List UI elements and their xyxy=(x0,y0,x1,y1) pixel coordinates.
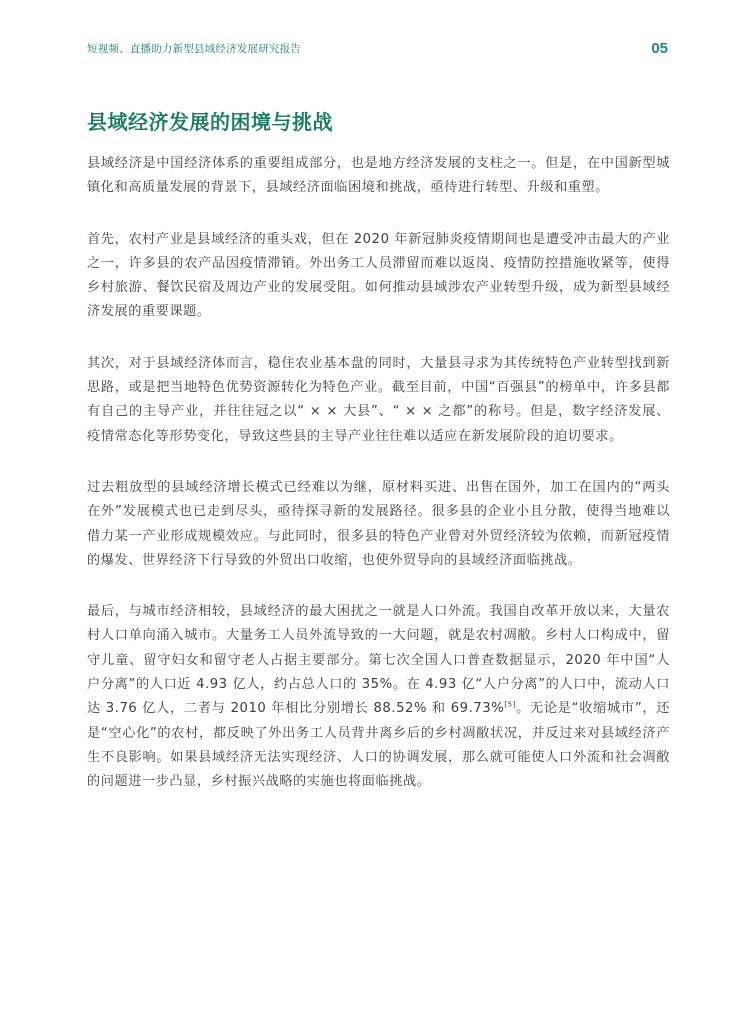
reference-mark[interactable]: [5] xyxy=(504,701,516,709)
page-header: 短视频、直播助力新型县域经济发展研究报告 05 xyxy=(87,38,668,58)
paragraph-first: 首先，农村产业是县域经济的重头戏，但在 2020 年新冠肺炎疫情期间也是遭受冲击… xyxy=(87,228,670,325)
body-content: 县域经济是中国经济体系的重要组成部分，也是地方经济发展的支柱之一。但是，在中国新… xyxy=(87,152,670,822)
paragraph-last-text-before: 最后，与城市经济相较，县域经济的最大困扰之一就是人口外流。我国自改革开放以来，大… xyxy=(87,604,670,716)
report-title: 短视频、直播助力新型县域经济发展研究报告 xyxy=(87,41,301,56)
paragraph-intro: 县域经济是中国经济体系的重要组成部分，也是地方经济发展的支柱之一。但是，在中国新… xyxy=(87,152,670,201)
section-title: 县域经济发展的困境与挑战 xyxy=(87,106,333,135)
paragraph-second: 其次，对于县域经济体而言，稳住农业基本盘的同时，大量县寻求为其传统特色产业转型找… xyxy=(87,352,670,449)
paragraph-third: 过去粗放型的县域经济增长模式已经难以为继，原材料买进、出售在国外，加工在国内的“… xyxy=(87,476,670,573)
paragraph-last: 最后，与城市经济相较，县域经济的最大困扰之一就是人口外流。我国自改革开放以来，大… xyxy=(87,600,670,794)
page-number: 05 xyxy=(651,40,668,57)
